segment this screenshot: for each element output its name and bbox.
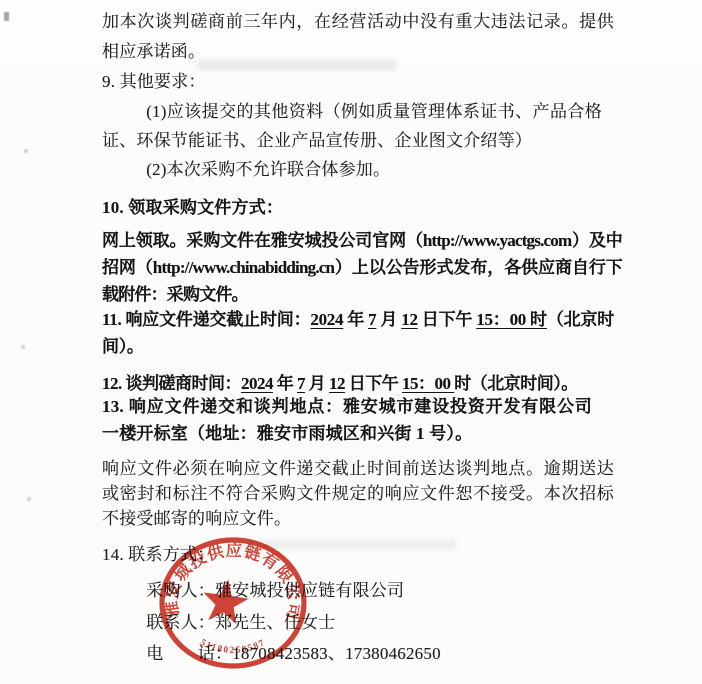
contact-person-line: 联系人：郑先生、任女士 [102,608,614,637]
text-segment: 日下午 [345,374,402,393]
scanned-document-page: 加本次谈判磋商前三年内，在经营活动中没有重大违法记录。提供相应承诺函。 9. 其… [0,0,702,684]
paragraph-continuation: 加本次谈判磋商前三年内，在经营活动中没有重大违法记录。提供相应承诺函。 [102,7,614,67]
text-segment: (2)本次采购不允许联合体参加。 [146,160,390,179]
item-10-body: 网上领取。采购文件在雅安城投公司官网（http://www.yactgs.com… [102,227,622,308]
text-segment: 月 [376,310,401,329]
item-9-heading: 9. 其他要求： [102,67,614,96]
text-segment: 采购人：雅安城投供应链有限公司 [146,581,404,600]
text-segment: 电 话：18708423583、17380462650 [146,644,441,663]
contact-buyer-line: 采购人：雅安城投供应链有限公司 [102,576,614,605]
text-segment: 14. 联系方式： [102,545,214,564]
scan-speck [21,345,25,349]
text-segment: 月 [305,374,329,393]
underlined-value: 12 [401,310,417,329]
scan-speck [24,149,28,153]
text-segment: 12. 谈判磋商时间： [102,374,241,393]
text-segment: 网上领取。采购文件在雅安城投公司官网（http://www.yactgs.com… [102,231,622,304]
text-segment: 10. 领取采购文件方式： [102,198,283,217]
underlined-value: 7 [297,374,305,393]
item-10-heading: 10. 领取采购文件方式： [102,194,614,222]
delivery-notice: 响应文件必须在响应文件递交截止时间前送达谈判地点。逾期送达或密封和标注不符合采购… [102,456,614,531]
underlined-value: 2024 [241,374,273,393]
text-segment: (1)应该提交的其他资料（例如质量管理体系证书、产品合格证、环保节能证书、企业产… [102,102,602,150]
item-11-deadline: 11. 响应文件递交截止时间：2024 年 7 月 12 日下午 15：00 时… [102,306,614,360]
text-segment: 13. 响应文件递交和谈判地点：雅安城市建设投资开发有限公司一楼开标室（地址：雅… [102,397,592,443]
text-segment: 11. 响应文件递交截止时间： [102,310,310,329]
item-9-sub-1: (1)应该提交的其他资料（例如质量管理体系证书、产品合格证、环保节能证书、企业产… [102,97,602,155]
text-segment: 9. 其他要求： [102,72,206,91]
text-segment: 年 [273,374,297,393]
item-9-sub-2: (2)本次采购不允许联合体参加。 [102,155,614,184]
scan-speck [4,12,9,21]
text-segment: 加本次谈判磋商前三年内，在经营活动中没有重大违法记录。提供相应承诺函。 [102,12,614,61]
text-segment: 时（北京时间）。 [454,374,578,393]
contact-phone-line: 电 话：18708423583、17380462650 [102,639,614,668]
text-segment: 年 [343,310,368,329]
underlined-value: 2024 [310,310,343,329]
item-14-contact-heading: 14. 联系方式： [102,541,614,569]
scan-speck [27,497,31,501]
item-13-location: 13. 响应文件递交和谈判地点：雅安城市建设投资开发有限公司一楼开标室（地址：雅… [102,393,592,447]
text-segment: 响应文件必须在响应文件递交截止时间前送达谈判地点。逾期送达或密封和标注不符合采购… [102,459,614,528]
underlined-value: 12 [329,374,345,393]
underlined-value: 15：00 时 [476,310,547,329]
text-segment: 联系人：郑先生、任女士 [146,613,335,632]
text-segment: 日下午 [418,310,477,329]
underlined-value: 15：00 [402,374,454,393]
